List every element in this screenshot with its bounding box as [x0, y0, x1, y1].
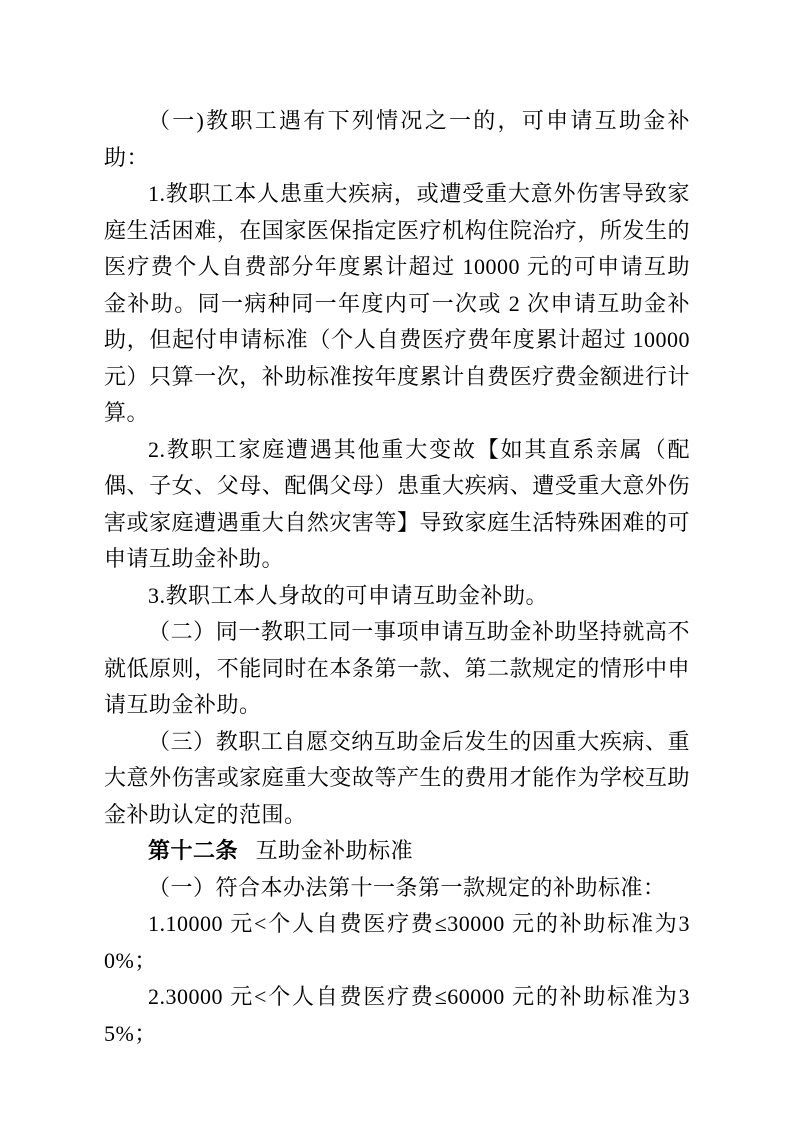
paragraph: 2.教职工家庭遭遇其他重大变故【如其直系亲属（配偶、子女、父母、配偶父母）患重大… [104, 432, 690, 578]
document-page: （一)教职工遇有下列情况之一的，可申请互助金补助：1.教职工本人患重大疾病，或遭… [0, 0, 794, 1123]
article-number: 第十二条 [148, 838, 238, 863]
article-heading: 第十二条互助金补助标准 [104, 833, 690, 870]
paragraph: （一）符合本办法第十一条第一款规定的补助标准： [104, 870, 690, 907]
paragraph: 2.30000 元<个人自费医疗费≤60000 元的补助标准为35%； [104, 979, 690, 1052]
paragraph: 1.教职工本人患重大疾病，或遭受重大意外伤害导致家庭生活困难，在国家医保指定医疗… [104, 176, 690, 432]
paragraph: （三）教职工自愿交纳互助金后发生的因重大疾病、重大意外伤害或家庭重大变故等产生的… [104, 724, 690, 834]
paragraph: 3.教职工本人身故的可申请互助金补助。 [104, 578, 690, 615]
paragraph: 1.10000 元<个人自费医疗费≤30000 元的补助标准为30%； [104, 906, 690, 979]
document-body: （一)教职工遇有下列情况之一的，可申请互助金补助：1.教职工本人患重大疾病，或遭… [104, 103, 690, 1052]
article-title: 互助金补助标准 [256, 838, 414, 863]
paragraph: （一)教职工遇有下列情况之一的，可申请互助金补助： [104, 103, 690, 176]
paragraph: （二）同一教职工同一事项申请互助金补助坚持就高不就低原则，不能同时在本条第一款、… [104, 614, 690, 724]
